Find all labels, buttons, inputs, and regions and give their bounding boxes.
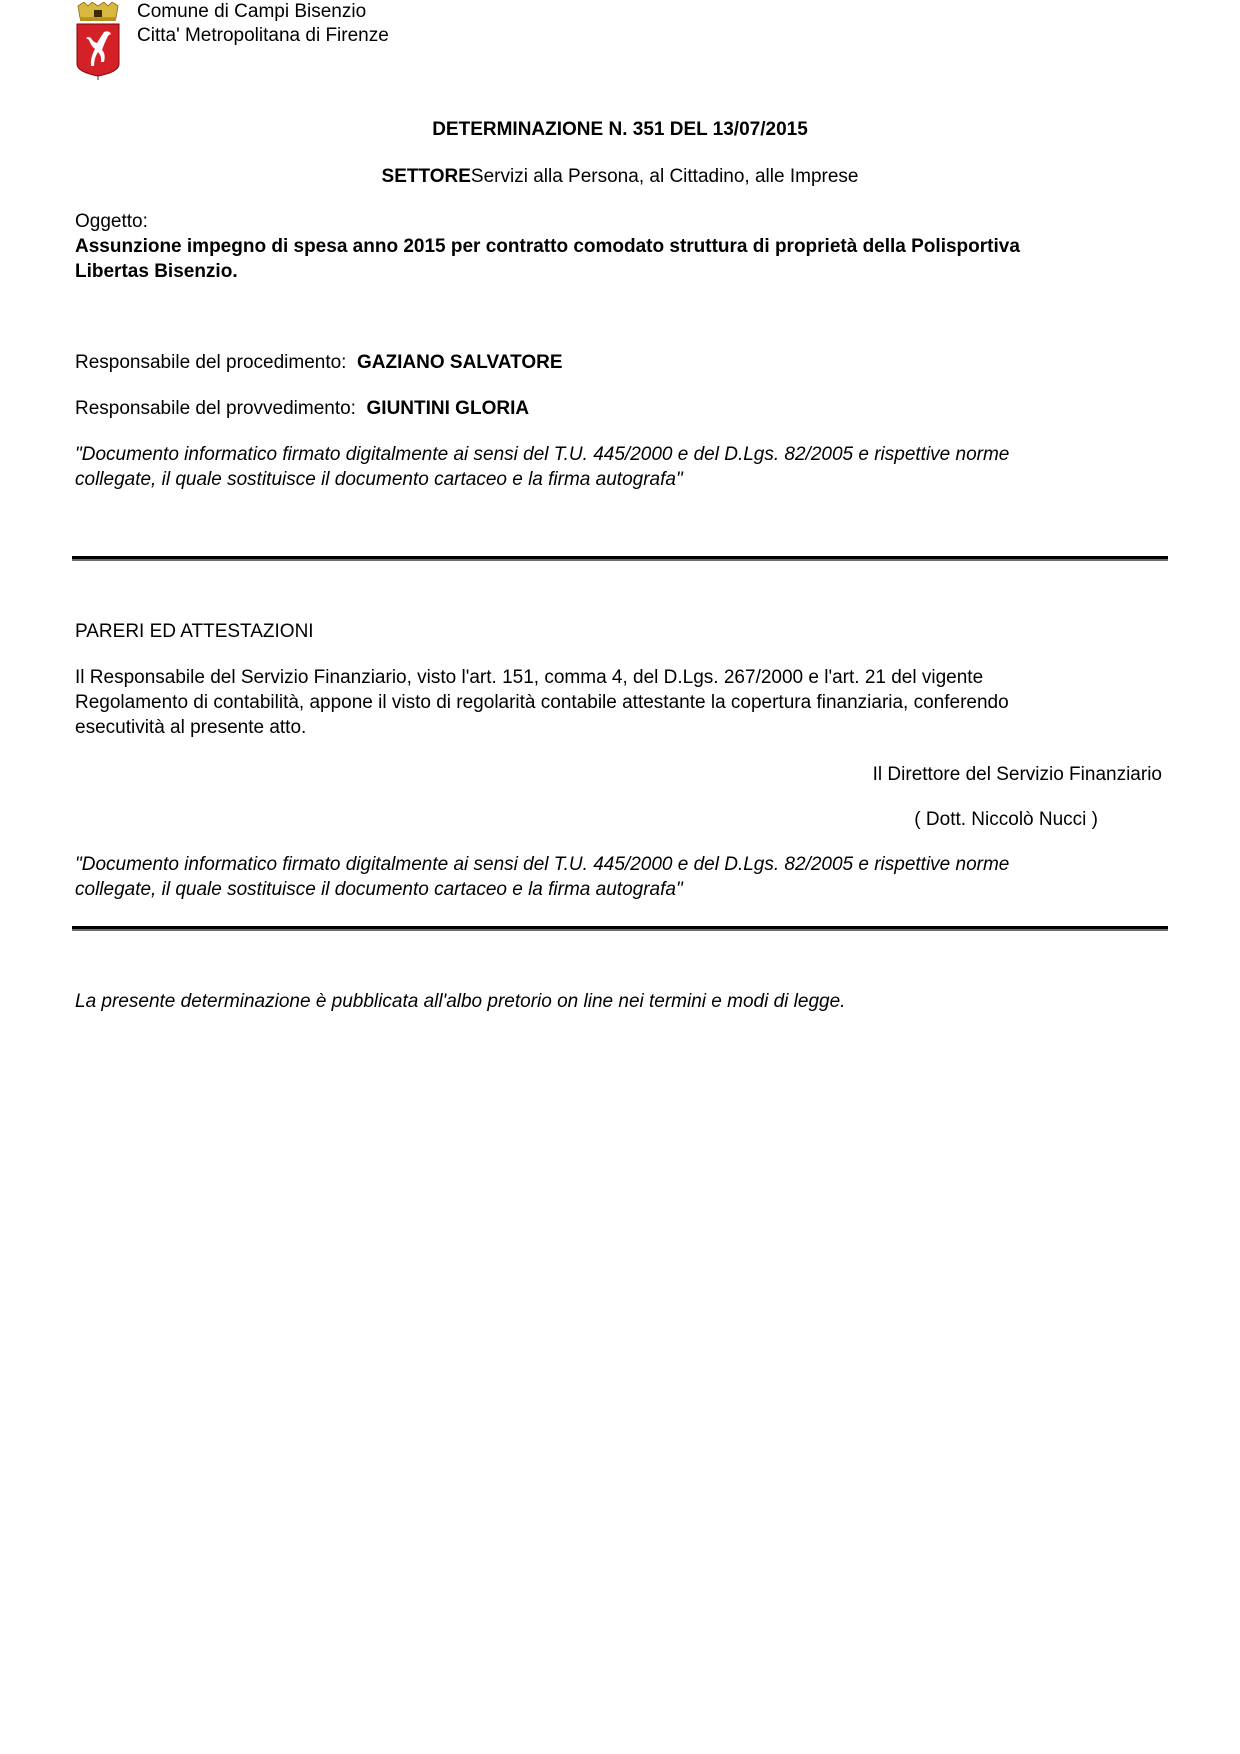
subject-line-2: Libertas Bisenzio.: [75, 259, 238, 284]
opinions-paragraph-line-3: esecutività al presente atto.: [75, 715, 306, 740]
signer-name: ( Dott. Niccolò Nucci ): [914, 807, 1098, 832]
metro-city-name: Citta' Metropolitana di Firenze: [137, 23, 389, 48]
signature-notice-line-1: "Documento informatico firmato digitalme…: [75, 442, 1009, 467]
responsible-measure: Responsabile del provvedimento: GIUNTINI…: [75, 396, 529, 421]
responsible-measure-name: GIUNTINI GLORIA: [367, 398, 530, 419]
sector-line: SETTORE Servizi alla Persona, al Cittadi…: [0, 164, 1240, 189]
comune-coat-of-arms-icon: [74, 2, 122, 80]
opinions-signature-notice-line-1: "Documento informatico firmato digitalme…: [75, 852, 1009, 877]
responsible-procedure-label: Responsabile del procedimento:: [75, 352, 346, 373]
document-title: DETERMINAZIONE N. 351 DEL 13/07/2015: [0, 117, 1240, 142]
signer-title: Il Direttore del Servizio Finanziario: [873, 762, 1162, 787]
sector-label: SETTORE: [382, 166, 471, 187]
sector-name: Servizi alla Persona, al Cittadino, alle…: [471, 164, 859, 189]
opinions-heading: PARERI ED ATTESTAZIONI: [75, 619, 314, 644]
subject-line-1: Assunzione impegno di spesa anno 2015 pe…: [75, 234, 1020, 259]
document-title-text: DETERMINAZIONE N. 351 DEL 13/07/2015: [432, 117, 808, 142]
subject-label: Oggetto:: [75, 209, 148, 234]
opinions-paragraph-line-1: Il Responsabile del Servizio Finanziario…: [75, 665, 983, 690]
publication-notice: La presente determinazione è pubblicata …: [75, 989, 845, 1014]
section-divider-2: [72, 926, 1168, 931]
responsible-measure-label: Responsabile del provvedimento:: [75, 398, 356, 419]
opinions-signature-notice-line-2: collegate, il quale sostituisce il docum…: [75, 877, 683, 902]
section-divider: [72, 556, 1168, 561]
responsible-procedure-name: GAZIANO SALVATORE: [357, 352, 562, 373]
signature-notice-line-2: collegate, il quale sostituisce il docum…: [75, 467, 683, 492]
opinions-paragraph-line-2: Regolamento di contabilità, appone il vi…: [75, 690, 1009, 715]
municipality-name: Comune di Campi Bisenzio: [137, 0, 366, 24]
responsible-procedure: Responsabile del procedimento: GAZIANO S…: [75, 350, 563, 375]
